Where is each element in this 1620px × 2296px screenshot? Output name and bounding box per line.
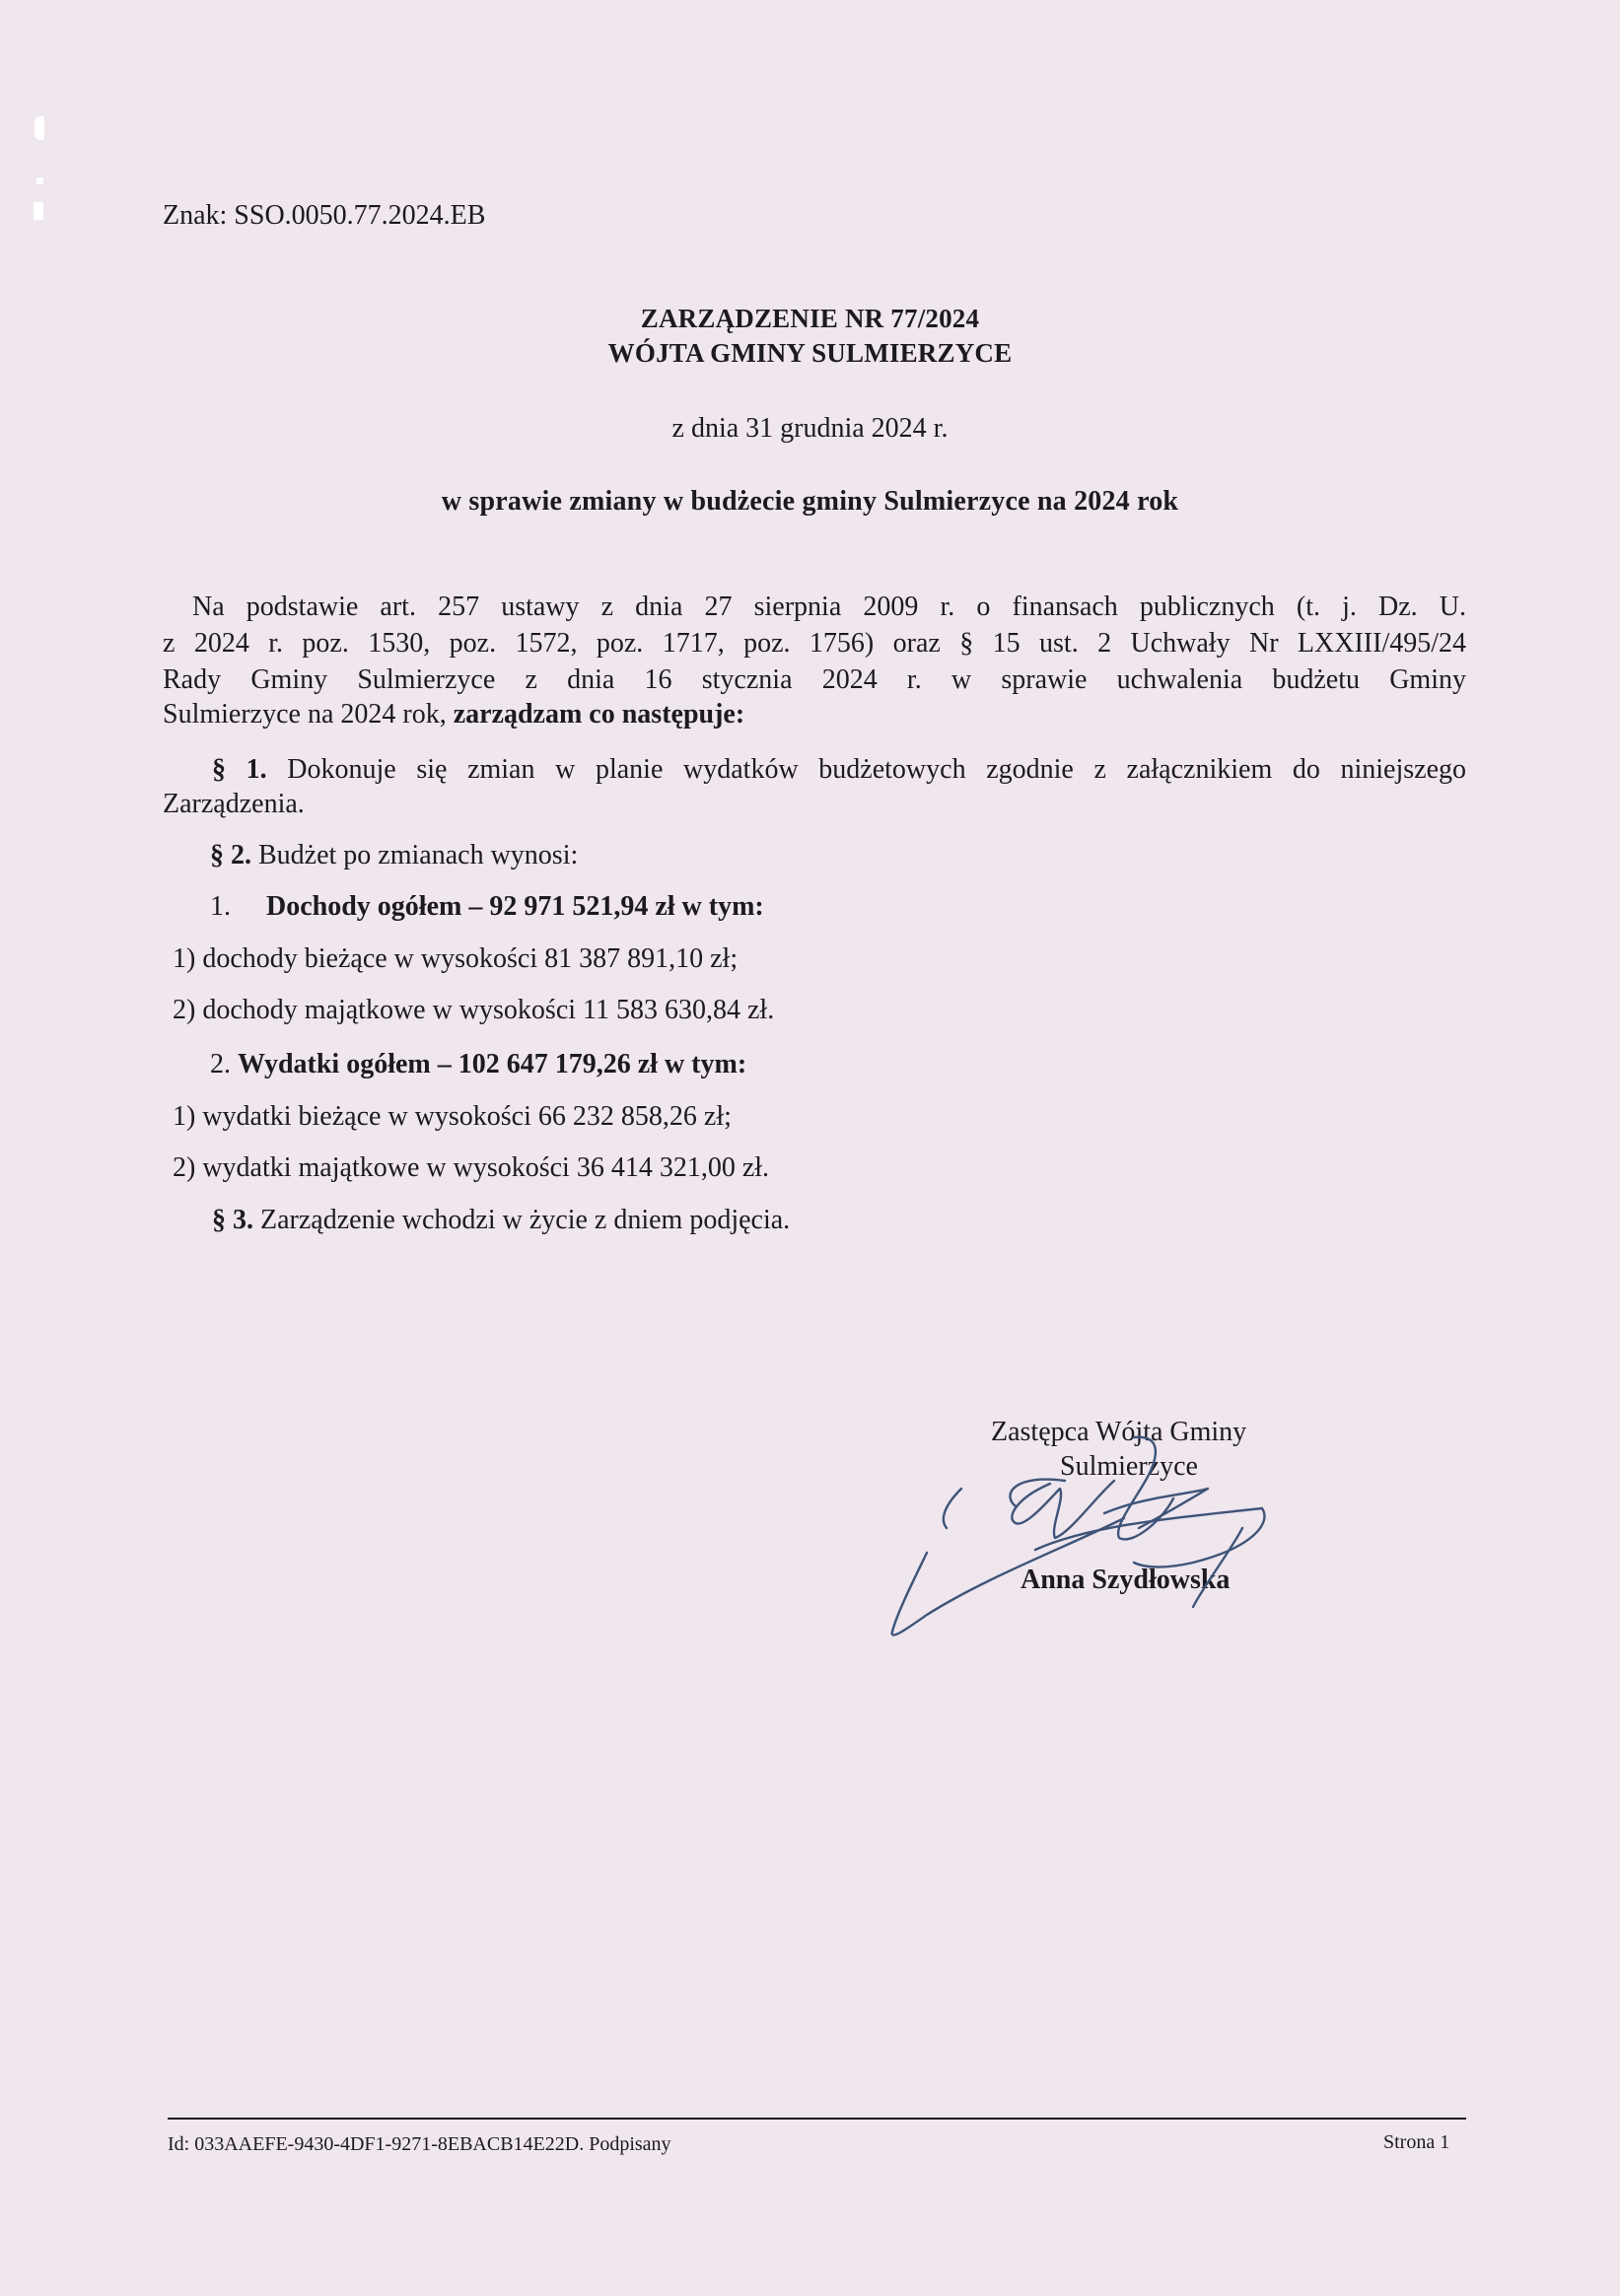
section-1-marker: § 1. <box>212 754 267 785</box>
section-1-line2: Zarządzenia. <box>163 788 305 821</box>
expenses-total: Wydatki ogółem – 102 647 179,26 zł w tym… <box>238 1049 746 1079</box>
document-reference: Znak: SSO.0050.77.2024.EB <box>163 199 485 233</box>
income-item-property: 2) dochody majątkowe w wysokości 11 583 … <box>173 994 774 1027</box>
section-3-text: Zarządzenie wchodzi w życie z dniem podj… <box>253 1205 790 1235</box>
expenses-item-current: 1) wydatki bieżące w wysokości 66 232 85… <box>173 1100 732 1134</box>
section-1-text: Dokonuje się zmian w planie wydatków bud… <box>267 754 1466 785</box>
document-title-line2: WÓJTA GMINY SULMIERZYCE <box>0 336 1620 370</box>
income-item-current: 1) dochody bieżące w wysokości 81 387 89… <box>173 942 738 976</box>
scan-edge-mark <box>36 177 43 184</box>
preamble-line: z 2024 r. poz. 1530, poz. 1572, poz. 171… <box>163 625 1466 661</box>
page-number: Strona 1 <box>1383 2130 1449 2154</box>
expenses-heading: 2. Wydatki ogółem – 102 647 179,26 zł w … <box>210 1048 746 1081</box>
section-1-line: § 1. Dokonuje się zmian w planie wydatkó… <box>212 751 1466 788</box>
scan-edge-mark <box>34 202 43 220</box>
document-title-line1: ZARZĄDZENIE NR 77/2024 <box>0 302 1620 335</box>
section-3-marker: § 3. <box>212 1205 253 1235</box>
section-2-intro: § 2. Budżet po zmianach wynosi: <box>210 839 578 872</box>
scan-edge-mark <box>35 116 44 140</box>
document-date: z dnia 31 grudnia 2024 r. <box>0 412 1620 446</box>
footer-divider <box>168 2118 1466 2120</box>
document-id: Id: 033AAEFE-9430-4DF1-9271-8EBACB14E22D… <box>168 2132 671 2156</box>
preamble-decision: zarządzam co następuje: <box>454 699 744 730</box>
preamble-last-line: Sulmierzyce na 2024 rok, zarządzam co na… <box>163 698 744 731</box>
income-heading: 1.Dochody ogółem – 92 971 521,94 zł w ty… <box>210 890 764 924</box>
section-2-marker: § 2. <box>210 840 251 870</box>
expenses-item-property: 2) wydatki majątkowe w wysokości 36 414 … <box>173 1151 769 1185</box>
document-subject: w sprawie zmiany w budżecie gminy Sulmie… <box>0 485 1620 519</box>
section-2-text: Budżet po zmianach wynosi: <box>251 840 578 870</box>
section-3: § 3. Zarządzenie wchodzi w życie z dniem… <box>212 1204 790 1237</box>
preamble-line: Na podstawie art. 257 ustawy z dnia 27 s… <box>192 589 1466 625</box>
income-number: 1. <box>210 890 266 924</box>
handwritten-signature <box>868 1400 1321 1646</box>
preamble-text: Sulmierzyce na 2024 rok, <box>163 699 454 730</box>
expenses-number: 2. <box>210 1049 231 1079</box>
preamble-line: Rady Gminy Sulmierzyce z dnia 16 styczni… <box>163 661 1466 698</box>
income-total: Dochody ogółem – 92 971 521,94 zł w tym: <box>266 891 764 922</box>
